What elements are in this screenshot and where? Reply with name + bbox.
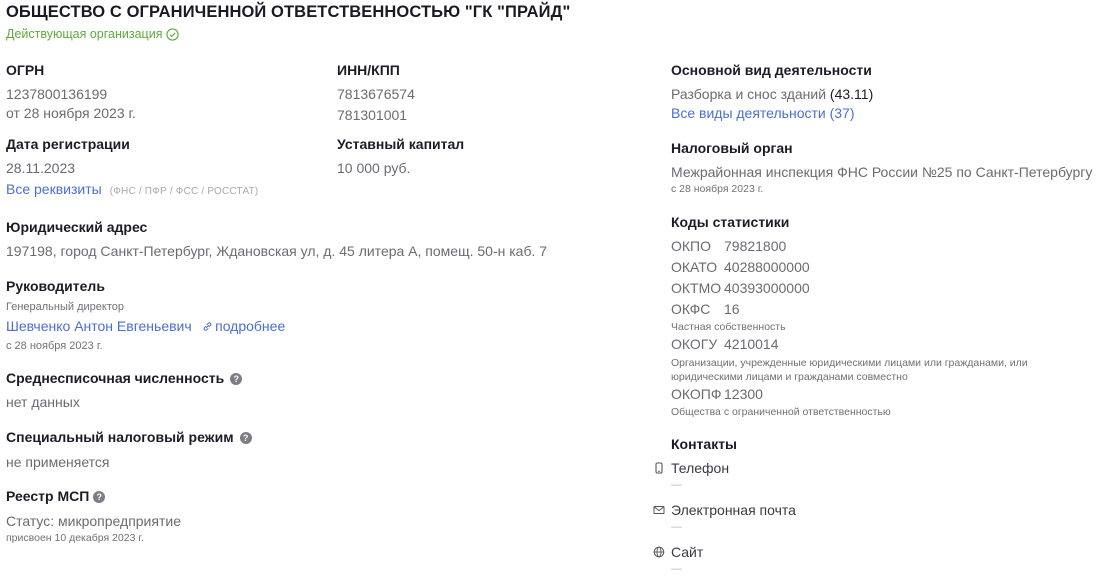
okogu-note-1: Организации, учрежденные юридическими ли… [671,357,1028,369]
okpo-row: ОКПО 79821800 [671,238,786,254]
okato-row: ОКАТО 40288000000 [671,259,810,275]
msp-label-text: Реестр МСП [6,488,89,504]
okpo-value: 79821800 [724,238,786,254]
okato-key: ОКАТО [671,259,724,275]
ogrn-date: от 28 ноября 2023 г. [6,105,136,121]
requisites-row: Все реквизиты(ФНС / ПФР / ФСС / РОССТАТ) [6,181,258,199]
check-circle-icon [166,28,179,41]
tax-regime-value: не применяется [6,454,109,470]
inn-kpp-label: ИНН/КПП [337,62,400,78]
inn-value: 7813676574 [337,86,415,102]
activity-row: Разборка и снос зданий (43.11) [671,86,873,102]
okato-value: 40288000000 [724,259,810,275]
email-value: — [671,521,682,533]
globe-icon [653,546,665,558]
site-label: Сайт [671,544,703,560]
capital-value: 10 000 руб. [337,160,410,176]
help-icon[interactable]: ? [230,373,242,385]
help-icon[interactable]: ? [240,432,252,444]
tax-authority-value: Межрайонная инспекция ФНС России №25 по … [671,164,1092,180]
headcount-label-text: Среднесписочная численность [6,370,224,386]
all-activities-link[interactable]: Все виды деятельности (37) [671,105,855,121]
director-position: Генеральный директор [6,301,124,313]
tax-regime-label: Специальный налоговый режим? [6,429,252,445]
email-label: Электронная почта [671,502,796,518]
tax-authority-label: Налоговый орган [671,140,793,156]
tax-authority-since: с 28 ноября 2023 г. [671,183,763,195]
company-status: Действующая организация [6,27,179,41]
phone-value: — [671,479,682,491]
okogu-row: ОКОГУ 4210014 [671,336,779,352]
site-value: — [671,563,682,575]
okpo-key: ОКПО [671,238,724,254]
company-title: ОБЩЕСТВО С ОГРАНИЧЕННОЙ ОТВЕТСТВЕННОСТЬЮ… [6,3,570,22]
capital-label: Уставный капитал [337,136,464,152]
okfs-key: ОКФС [671,301,724,317]
okogu-note-2: юридическими лицами и гражданами совмест… [671,371,908,383]
stat-codes-label: Коды статистики [671,214,789,230]
address-value: 197198, город Санкт-Петербург, Ждановска… [6,243,547,259]
tax-regime-label-text: Специальный налоговый режим [6,429,234,445]
status-text: Действующая организация [6,27,162,41]
okopf-value: 12300 [724,386,763,402]
all-requisites-link[interactable]: Все реквизиты [6,181,102,197]
okogu-value: 4210014 [724,336,779,352]
oktmo-key: ОКТМО [671,280,724,296]
director-row: Шевченко Антон Евгеньевич подробнее [6,318,285,336]
contact-site: Сайт [653,544,703,560]
contacts-label: Контакты [671,436,737,452]
contact-email: Электронная почта [653,502,796,518]
link-icon [202,321,213,332]
activity-label: Основной вид деятельности [671,62,872,78]
headcount-label: Среднесписочная численность? [6,370,242,386]
headcount-value: нет данных [6,394,80,410]
oktmo-row: ОКТМО 40393000000 [671,280,810,296]
registration-date: 28.11.2023 [6,160,75,176]
director-since: с 28 ноября 2023 г. [6,340,103,352]
director-label: Руководитель [6,278,105,294]
registration-label: Дата регистрации [6,136,130,152]
requisites-note: (ФНС / ПФР / ФСС / РОССТАТ) [110,186,259,197]
phone-icon [653,462,665,474]
ogrn-label: ОГРН [6,62,44,78]
company-card: ОБЩЕСТВО С ОГРАНИЧЕННОЙ ОТВЕТСТВЕННОСТЬЮ… [0,0,1108,576]
msp-assigned: присвоен 10 декабря 2023 г. [6,532,144,544]
msp-label: Реестр МСП? [6,488,105,504]
okfs-value: 16 [724,301,740,317]
ogrn-value: 1237800136199 [6,86,107,102]
activity-value: Разборка и снос зданий [671,86,826,102]
okogu-key: ОКОГУ [671,336,724,352]
msp-status: Статус: микропредприятие [6,513,181,529]
okopf-note: Общества с ограниченной ответственностью [671,406,891,418]
okopf-row: ОКОПФ 12300 [671,386,763,402]
help-icon[interactable]: ? [93,491,105,503]
okfs-row: ОКФС 16 [671,301,740,317]
contact-phone: Телефон [653,460,729,476]
director-more-link[interactable]: подробнее [215,318,285,334]
okopf-key: ОКОПФ [671,386,724,402]
kpp-value: 781301001 [337,107,407,123]
phone-label: Телефон [671,460,729,476]
oktmo-value: 40393000000 [724,280,810,296]
address-label: Юридический адрес [6,219,147,235]
mail-icon [653,504,665,516]
director-name-link[interactable]: Шевченко Антон Евгеньевич [6,318,192,334]
activity-code: (43.11) [830,86,873,102]
okfs-note: Частная собственность [671,321,786,333]
